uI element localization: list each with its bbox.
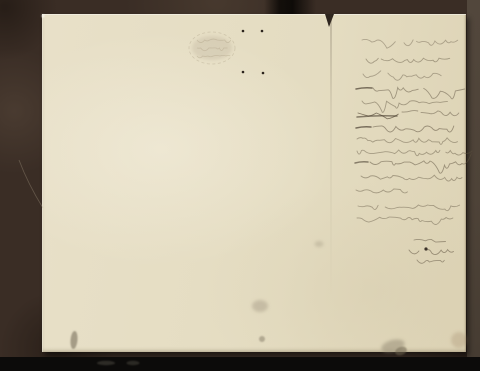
handwriting-and-marks-layer xyxy=(0,0,480,371)
scanned-document-photo: Photograph of an aged cream letter sheet… xyxy=(0,0,480,371)
